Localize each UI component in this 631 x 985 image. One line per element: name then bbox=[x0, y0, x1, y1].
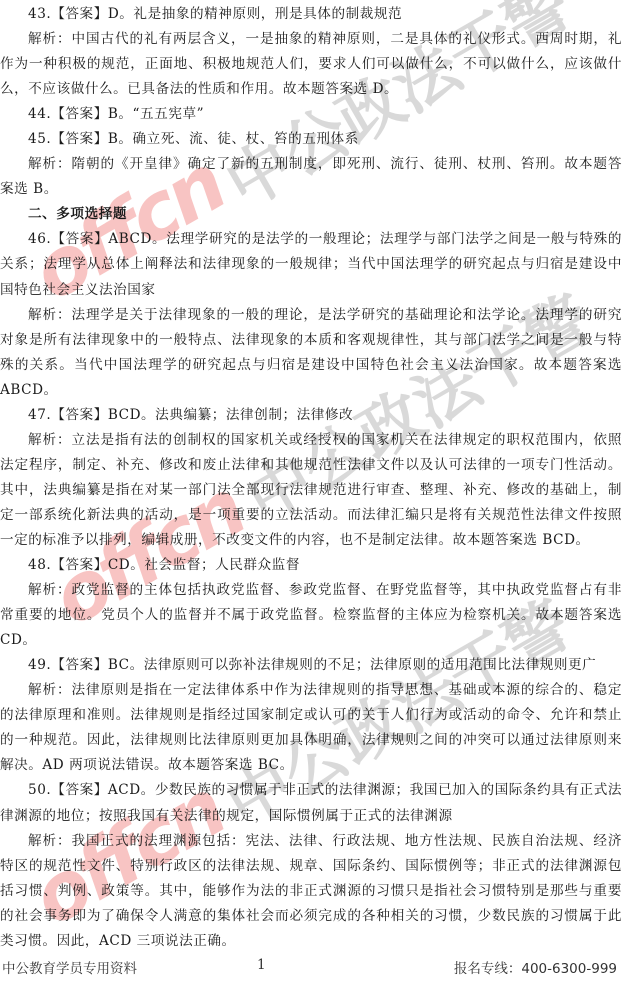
analysis-43: 解析：中国古代的礼有两层含义，一是抽象的精神原则，二是具体的礼仪形式。西周时期，… bbox=[0, 27, 622, 102]
analysis-48: 解析：政党监督的主体包括执政党监督、参政党监督、在野党监督等，其中执政党监督占有… bbox=[0, 578, 622, 653]
page-number: 1 bbox=[257, 957, 266, 973]
page-footer: 中公教育学员专用资料 1 报名专线：400-6300-999 bbox=[0, 953, 631, 977]
footer-material-label: 中公教育学员专用资料 bbox=[2, 957, 137, 977]
answer-47: 47.【答案】BCD。法典编纂；法律创制；法律修改 bbox=[0, 403, 622, 428]
answer-45: 45.【答案】B。确立死、流、徒、杖、笞的五刑体系 bbox=[0, 127, 622, 152]
answer-43: 43.【答案】D。礼是抽象的精神原则，刑是具体的制裁规范 bbox=[0, 2, 622, 27]
answer-key-content: 43.【答案】D。礼是抽象的精神原则，刑是具体的制裁规范 解析：中国古代的礼有两… bbox=[0, 2, 622, 954]
answer-48: 48.【答案】CD。社会监督；人民群众监督 bbox=[0, 553, 622, 578]
analysis-49: 解析：法律原则是指在一定法律体系中作为法律规则的指导思想、基础或本源的综合的、稳… bbox=[0, 678, 622, 778]
answer-50: 50.【答案】ACD。少数民族的习惯属于非正式的法律渊源；我国已加入的国际条约具… bbox=[0, 778, 622, 828]
answer-49: 49.【答案】BC。法律原则可以弥补法律规则的不足；法律原则的适用范围比法律规则… bbox=[0, 653, 622, 678]
answer-46: 46.【答案】ABCD。法理学研究的是法学的一般理论；法理学与部门法学之间是一般… bbox=[0, 227, 622, 302]
analysis-46: 解析：法理学是关于法律现象的一般的理论，是法学研究的基础理论和法学论。法理学的研… bbox=[0, 303, 622, 403]
analysis-45: 解析：隋朝的《开皇律》确定了新的五刑制度，即死刑、流行、徒刑、杖刑、笞刑。故本题… bbox=[0, 152, 622, 202]
footer-hotline: 报名专线：400-6300-999 bbox=[454, 957, 617, 977]
answer-44: 44.【答案】B。“五五宪草” bbox=[0, 102, 622, 127]
document-page: offcn 中公政法干警 offcn 中公政法干警 offcn 中公政法干警 4… bbox=[0, 0, 631, 985]
analysis-50: 解析：我国正式的法理渊源包括：宪法、法律、行政法规、地方性法规、民族自治法规、经… bbox=[0, 829, 622, 954]
section-heading-multiple-choice: 二、多项选择题 bbox=[0, 202, 622, 227]
analysis-47: 解析：立法是指有法的创制权的国家机关或经授权的国家机关在法律规定的职权范围内，依… bbox=[0, 428, 622, 553]
